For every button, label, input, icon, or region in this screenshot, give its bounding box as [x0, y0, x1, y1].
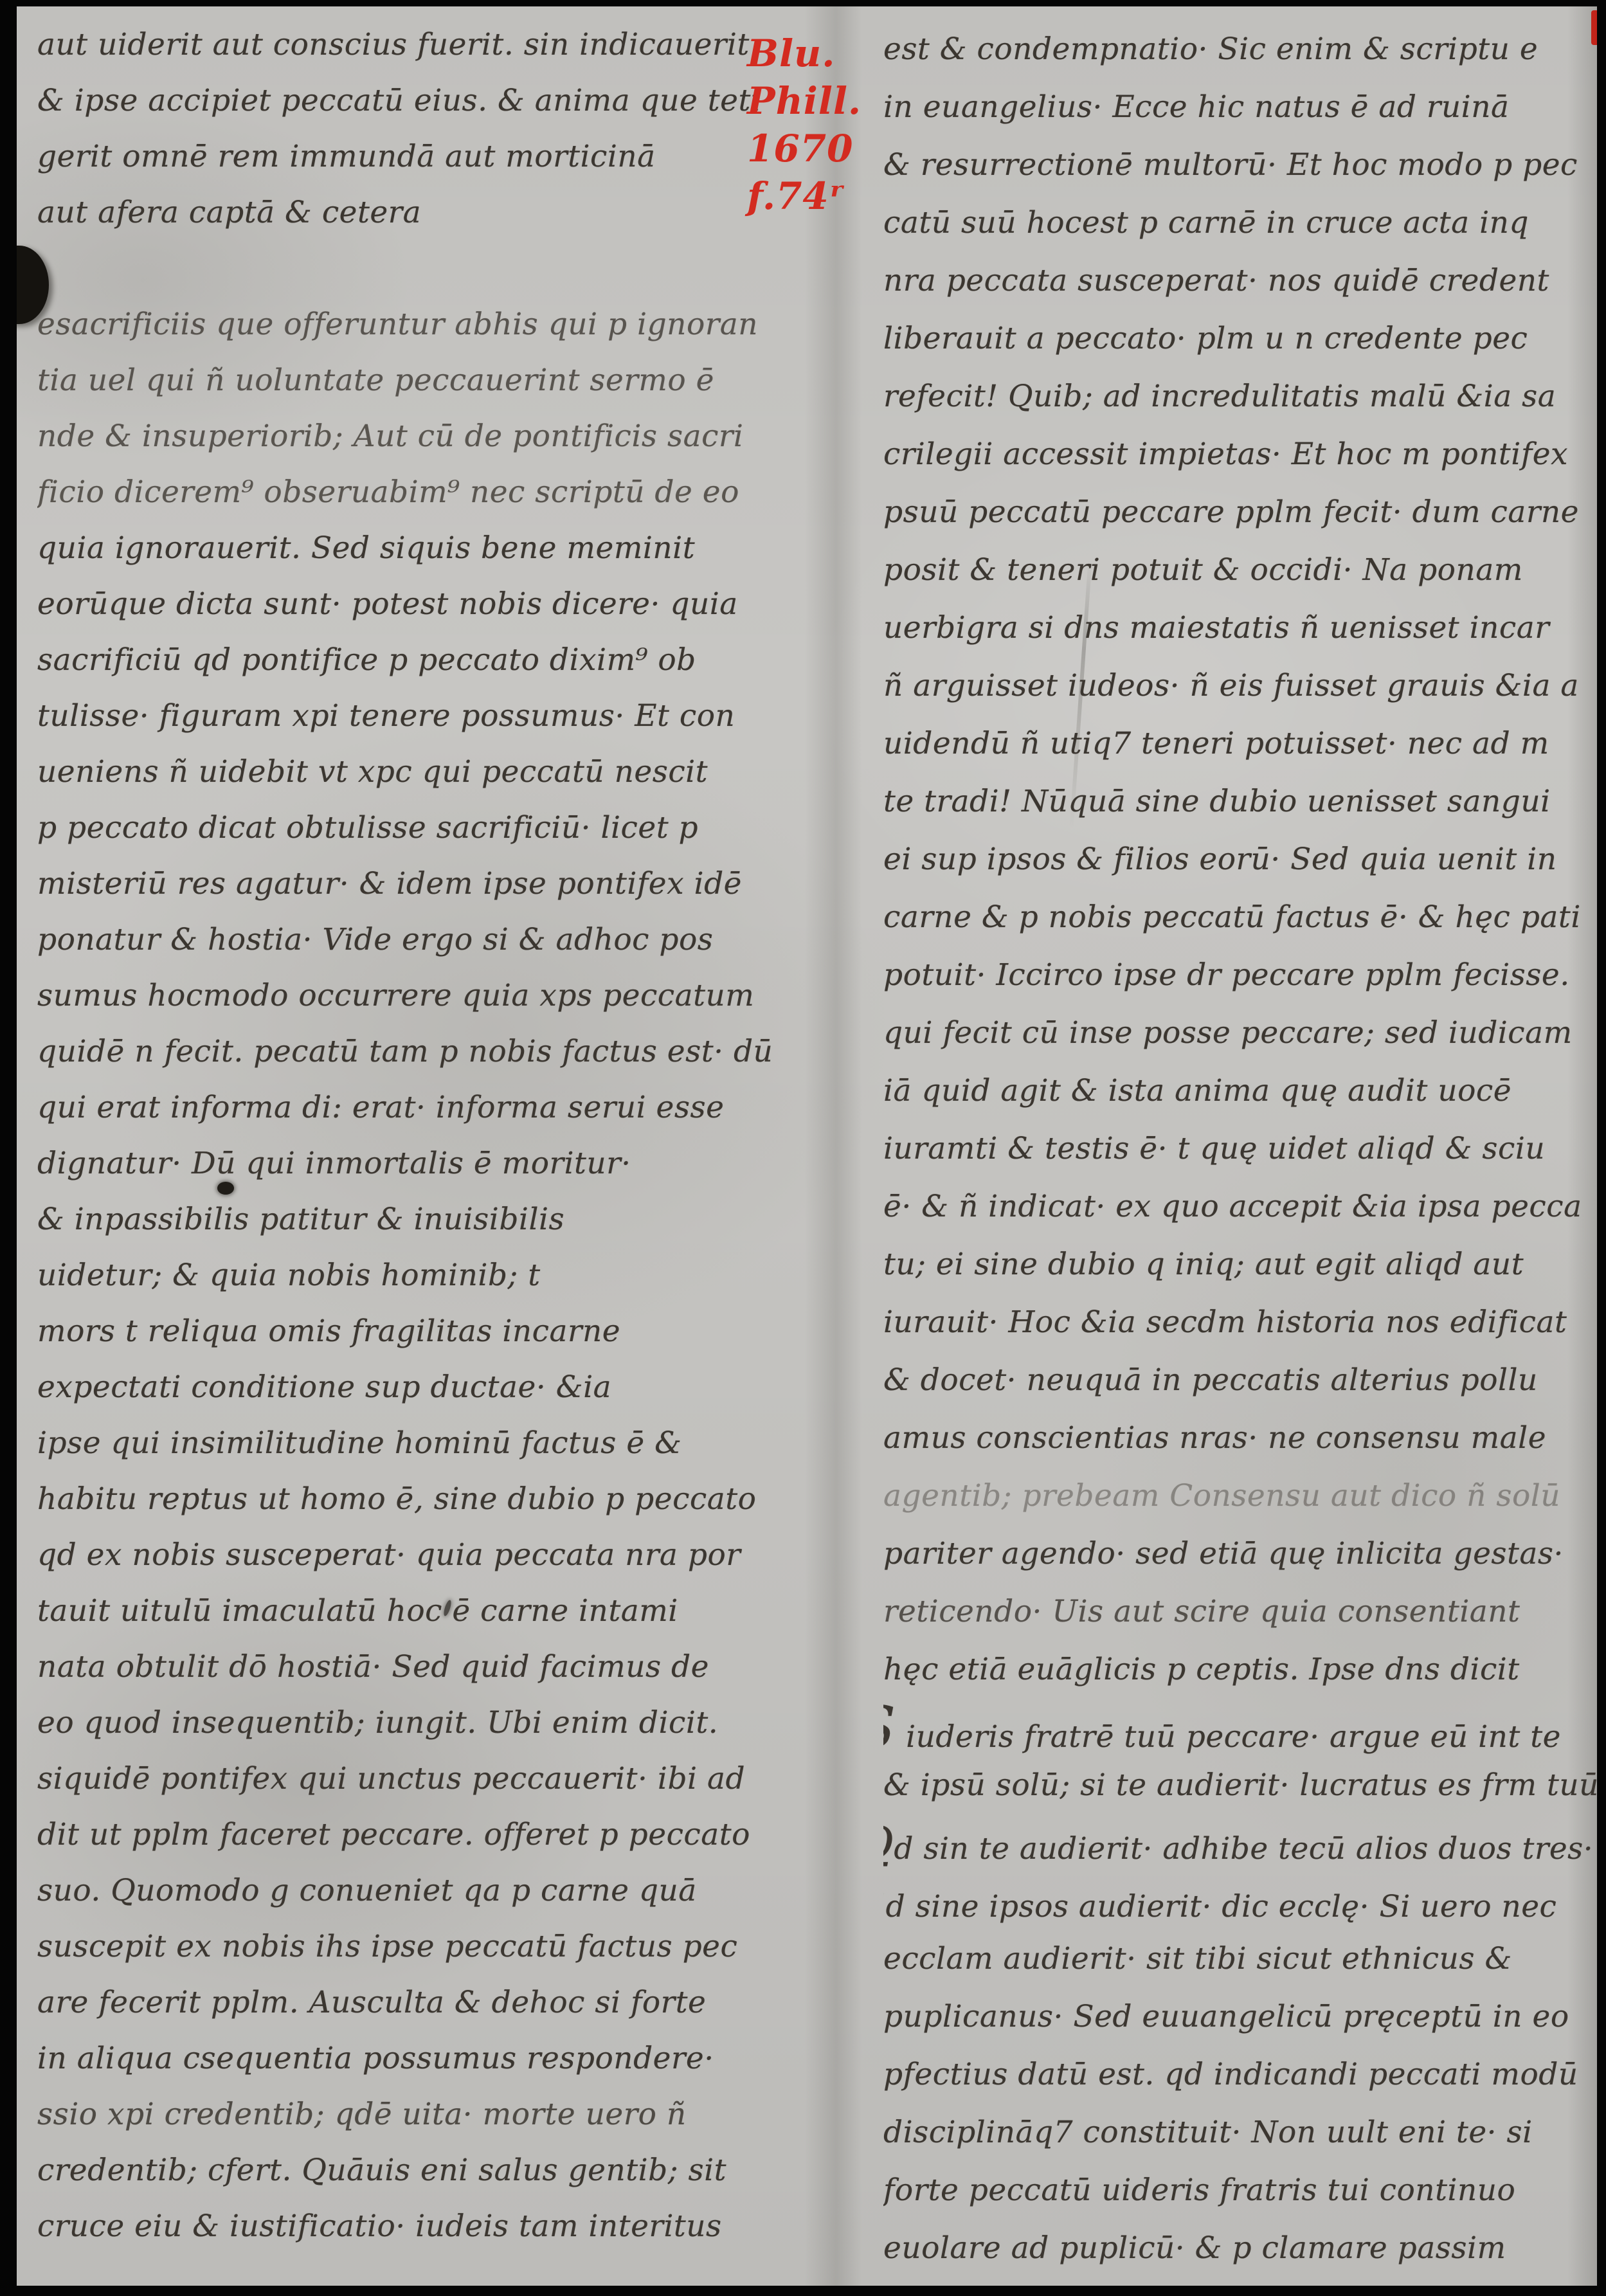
- manuscript-line: 1670: [747, 125, 862, 172]
- manuscript-line: S iuderis fratrē tuū peccare· argue eū i…: [883, 1699, 1597, 1757]
- manuscript-line: cruce eiu & iustificatio· iudeis tam int…: [37, 2198, 802, 2254]
- manuscript-line: dignatur· Dū qui inmortalis ē moritur·: [37, 1135, 802, 1191]
- manuscript-line: uerbigra si dns maiestatis ñ uenisset in…: [883, 599, 1597, 657]
- manuscript-line: nata obtulit dō hostiā· Sed quid facimus…: [37, 1639, 802, 1695]
- manuscript-line: ficio dicerem⁹ obseruabim⁹ nec scriptū d…: [37, 464, 802, 520]
- manuscript-line: refecit! Quib; ad incredulitatis malū &i…: [883, 368, 1597, 426]
- manuscript-line: ponatur & hostia· Vide ergo si & adhoc p…: [37, 912, 802, 968]
- manuscript-line: euolare ad puplicū· & p clamare passim: [883, 2219, 1597, 2277]
- manuscript-line: & inpassibilis patitur & inuisibilis: [37, 1191, 802, 1247]
- manuscript-line: pariter agendo· sed etiā quę inlicita ge…: [883, 1525, 1597, 1583]
- manuscript-line: gerit omnē rem immundā aut morticinā: [37, 129, 802, 185]
- manuscript-line: iurauit· Hoc &ia secdm historia nos edif…: [883, 1294, 1597, 1351]
- manuscript-line: dit ut pplm faceret peccare. offeret p p…: [37, 1807, 802, 1863]
- manuscript-line: disciplināq7 constituit· Non uult eni te…: [883, 2104, 1597, 2162]
- manuscript-line: aut uiderit aut conscius fuerit. sin ind…: [37, 17, 802, 73]
- manuscript-line: qd sine ipsos audierit· dic ecclę· Si ue…: [883, 1872, 1597, 1930]
- manuscript-line: ei sup ipsos & filios eorū· Sed quia uen…: [883, 831, 1597, 889]
- manuscript-line: eo quod insequentib; iungit. Ubi enim di…: [37, 1695, 802, 1751]
- manuscript-line: in euangelius· Ecce hic natus ē ad ruinā: [883, 78, 1597, 136]
- manuscript-line: & ipsū solū; si te audierit· lucratus es…: [883, 1757, 1597, 1814]
- manuscript-line: & ipse accipiet peccatū eius. & anima qu…: [37, 73, 802, 129]
- manuscript-line: iā quid agit & ista anima quę audit uocē: [883, 1062, 1597, 1120]
- manuscript-line: uidendū ñ utiq7 teneri potuisset· nec ad…: [883, 715, 1597, 773]
- manuscript-line: nde & insuperiorib; Aut cū de pontificis…: [37, 408, 802, 464]
- manuscript-line: credentib; cfert. Quāuis eni salus genti…: [37, 2142, 802, 2198]
- manuscript-line: reticendo· Uis aut scire quia consentian…: [883, 1583, 1597, 1641]
- manuscript-line: [37, 240, 802, 296]
- manuscript-line: expectati conditione sup ductae· &ia: [37, 1359, 802, 1415]
- manuscript-line: Blu.: [747, 30, 862, 77]
- manuscript-line: & resurrectionē multorū· Et hoc modo p p…: [883, 136, 1597, 194]
- manuscript-line: liberauit a peccato· plm u n credente pe…: [883, 310, 1597, 368]
- manuscript-line: tia uel qui ñ uoluntate peccauerint serm…: [37, 352, 802, 408]
- manuscript-line: Phill.: [747, 77, 862, 125]
- manuscript-line: suo. Quomodo g conueniet qa p carne quā: [37, 1863, 802, 1919]
- manuscript-line: qui fecit cū inse posse peccare; sed iud…: [883, 1004, 1597, 1062]
- page-fold-shadow: [804, 6, 862, 2286]
- manuscript-line: ecclam audierit· sit tibi sicut ethnicus…: [883, 1930, 1597, 1988]
- manuscript-line: hęc etiā euāglicis p ceptis. Ipse dns di…: [883, 1641, 1597, 1699]
- manuscript-line: pfectius datū est. qd indicandi peccati …: [883, 2046, 1597, 2104]
- manuscript-left-column: aut uiderit aut conscius fuerit. sin ind…: [37, 17, 802, 2277]
- manuscript-line: ñ arguisset iudeos· ñ eis fuisset grauis…: [883, 657, 1597, 715]
- manuscript-scan: aut uiderit aut conscius fuerit. sin ind…: [0, 0, 1606, 2296]
- manuscript-line: uidetur; & quia nobis hominib; t: [37, 1247, 802, 1303]
- manuscript-line: esacrificiis que offeruntur abhis qui p …: [37, 296, 802, 352]
- manuscript-line: siquidē pontifex qui unctus peccauerit· …: [37, 1751, 802, 1807]
- manuscript-line: tu; ei sine dubio q iniq; aut egit aliqd…: [883, 1236, 1597, 1294]
- manuscript-line: potuit· Iccirco ipse dr peccare pplm fec…: [883, 946, 1597, 1004]
- manuscript-line: ssio xpi credentib; qdē uita· morte uero…: [37, 2086, 802, 2142]
- manuscript-line: are fecerit pplm. Ausculta & dehoc si fo…: [37, 1975, 802, 2030]
- manuscript-line: tulisse· figuram xpi tenere possumus· Et…: [37, 688, 802, 744]
- manuscript-line: est & condempnatio· Sic enim & scriptu e: [883, 21, 1597, 78]
- manuscript-line: sacrificiū qd pontifice p peccato dixim⁹…: [37, 632, 802, 688]
- manuscript-line: p peccato dicat obtulisse sacrificiū· li…: [37, 800, 802, 856]
- manuscript-page: aut uiderit aut conscius fuerit. sin ind…: [17, 6, 1597, 2286]
- manuscript-line: aut afera captā & cetera: [37, 185, 802, 240]
- manuscript-line: misteriū res agatur· & idem ipse pontife…: [37, 856, 802, 912]
- manuscript-line: sumus hocmodo occurrere quia xps peccatu…: [37, 968, 802, 1024]
- shelfmark-annotation: Blu.Phill.1670f.74ʳ: [747, 30, 862, 220]
- manuscript-line: qd ex nobis susceperat· quia peccata nra…: [37, 1527, 802, 1583]
- manuscript-line: & docet· neuquā in peccatis alterius pol…: [883, 1351, 1597, 1409]
- manuscript-line: habitu reptus ut homo ē, sine dubio p pe…: [37, 1471, 802, 1527]
- manuscript-line: nra peccata susceperat· nos quidē creden…: [883, 252, 1597, 310]
- manuscript-right-column: est & condempnatio· Sic enim & scriptu e…: [883, 21, 1597, 2281]
- manuscript-line: forte peccatū uideris fratris tui contin…: [883, 2162, 1597, 2219]
- manuscript-line: qui erat informa di: erat· informa serui…: [37, 1080, 802, 1135]
- manuscript-line: psuū peccatū peccare pplm fecit· dum car…: [883, 484, 1597, 541]
- manuscript-line: suscepit ex nobis ihs ipse peccatū factu…: [37, 1919, 802, 1975]
- manuscript-line: f.74ʳ: [747, 172, 862, 220]
- manuscript-line: quidē n fecit. pecatū tam p nobis factus…: [37, 1024, 802, 1080]
- manuscript-line: amus conscientias nras· ne consensu male: [883, 1409, 1597, 1467]
- manuscript-line: in aliqua csequentia possumus respondere…: [37, 2030, 802, 2086]
- manuscript-line: mors t reliqua omis fragilitas incarne: [37, 1303, 802, 1359]
- manuscript-line: carne & p nobis peccatū factus ē· & hęc …: [883, 889, 1597, 946]
- manuscript-line: iuramti & testis ē· t quę uidet aliqd & …: [883, 1120, 1597, 1178]
- manuscript-line: eorūque dicta sunt· potest nobis dicere·…: [37, 576, 802, 632]
- manuscript-line: ipse qui insimilitudine hominū factus ē …: [37, 1415, 802, 1471]
- manuscript-line: puplicanus· Sed euuangelicū pręceptū in …: [883, 1988, 1597, 2046]
- manuscript-line: tauit uitulū imaculatū hoc ē carne intam…: [37, 1583, 802, 1639]
- manuscript-line: quia ignorauerit. Sed siquis bene memini…: [37, 520, 802, 576]
- manuscript-line: ē· & ñ indicat· ex quo accepit &ia ipsa …: [883, 1178, 1597, 1236]
- manuscript-line: catū suū hocest p carnē in cruce acta in…: [883, 194, 1597, 252]
- manuscript-line: Qd sin te audierit· adhibe tecū alios du…: [883, 1814, 1597, 1872]
- manuscript-line: ueniens ñ uidebit vt xpc qui peccatū nes…: [37, 744, 802, 800]
- manuscript-line: te tradi! Nūquā sine dubio uenisset sang…: [883, 773, 1597, 831]
- manuscript-line: agentib; prebeam Consensu aut dico ñ sol…: [883, 1467, 1597, 1525]
- manuscript-line: crilegii accessit impietas· Et hoc m pon…: [883, 426, 1597, 484]
- manuscript-line: posit & teneri potuit & occidi· Na ponam: [883, 541, 1597, 599]
- red-edge-mark: [1591, 10, 1597, 45]
